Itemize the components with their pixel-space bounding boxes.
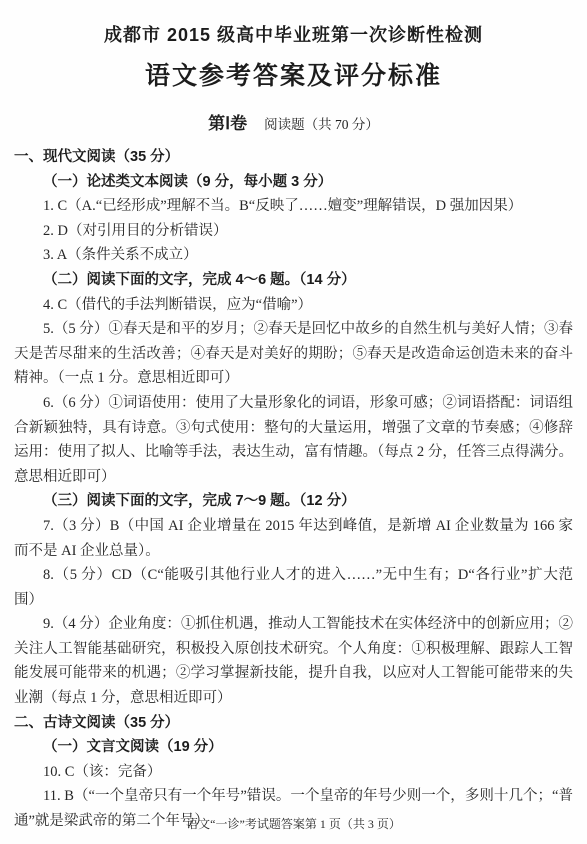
answer-content: 一、现代文阅读（35 分） （一）论述类文本阅读（9 分，每小题 3 分） 1.…: [14, 145, 573, 834]
subsection-heading-questions-7-9: （三）阅读下面的文字，完成 7～9 题。（12 分）: [14, 489, 573, 514]
section-heading-classical-reading: 二、古诗文阅读（35 分）: [14, 711, 573, 736]
exam-title: 成都市 2015 级高中毕业班第一次诊断性检测: [14, 21, 573, 47]
page-footer-note: 语文“一诊”考试题答案第 1 页（共 3 页）: [0, 815, 587, 832]
answer-item-5: 5.（5 分）①春天是和平的岁月；②春天是回忆中故乡的自然生机与美好人情；③春天…: [14, 317, 573, 391]
answer-item-8: 8.（5 分）CD（C“能吸引其他行业人才的进入……”无中生有；D“各行业”扩大…: [14, 563, 573, 612]
answer-sheet-title: 语文参考答案及评分标准: [14, 56, 573, 92]
subsection-heading-argumentative-text: （一）论述类文本阅读（9 分，每小题 3 分）: [14, 170, 573, 195]
subsection-heading-questions-4-6: （二）阅读下面的文字，完成 4～6 题。（14 分）: [14, 268, 573, 293]
volume-heading: 第Ⅰ卷 阅读题（共 70 分）: [14, 109, 573, 134]
subsection-heading-classical-prose: （一）文言文阅读（19 分）: [14, 735, 573, 760]
answer-item-1: 1. C（A.“已经形成”理解不当。B“反映了……嬗变”理解错误，D 强加因果）: [14, 194, 573, 219]
answer-item-3: 3. A（条件关系不成立）: [14, 243, 573, 268]
section-heading-modern-reading: 一、现代文阅读（35 分）: [14, 145, 573, 170]
volume-label: 第Ⅰ卷: [208, 114, 247, 133]
answer-item-4: 4. C（借代的手法判断错误，应为“借喻”）: [14, 293, 573, 318]
answer-sheet-page: 成都市 2015 级高中毕业班第一次诊断性检测 语文参考答案及评分标准 第Ⅰ卷 …: [0, 0, 587, 844]
volume-subtitle: 阅读题（共 70 分）: [264, 117, 379, 132]
answer-item-7: 7.（3 分）B（中国 AI 企业增量在 2015 年达到峰值，是新增 AI 企…: [14, 514, 573, 563]
answer-item-9: 9.（4 分）企业角度：①抓住机遇，推动人工智能技术在实体经济中的创新应用；②关…: [14, 612, 573, 710]
answer-item-2: 2. D（对引用目的分析错误）: [14, 219, 573, 244]
answer-item-10: 10. C（该：完备）: [14, 760, 573, 785]
answer-item-6: 6.（6 分）①词语使用：使用了大量形象化的词语，形象可感；②词语搭配：词语组合…: [14, 391, 573, 489]
